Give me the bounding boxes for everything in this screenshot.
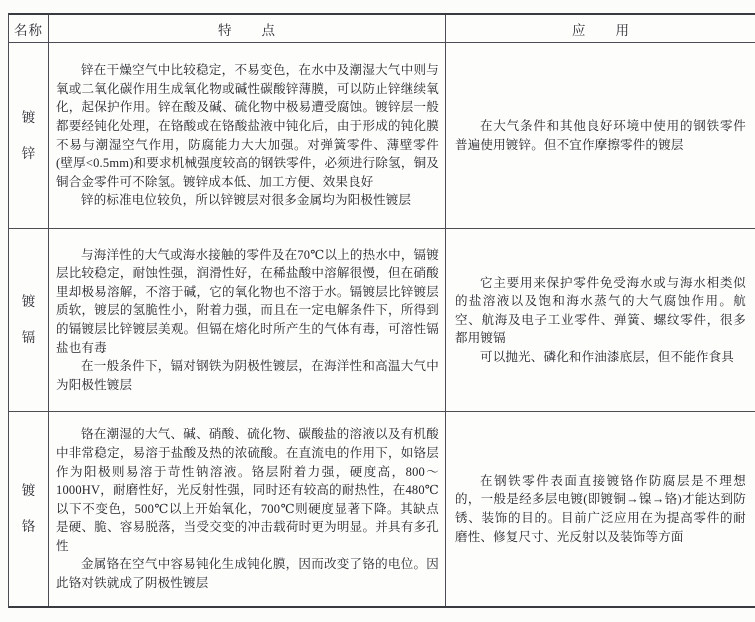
features-paragraph: 金属铬在空气中容易钝化生成钝化膜，因而改变了铬的电位。因此铬对铁就成了阴极性镀层 (56, 555, 439, 592)
application-paragraph: 在大气条件和其他良好环境中使用的钢铁零件普遍使用镀锌。但不宜作摩擦零件的镀层 (455, 117, 746, 154)
features-paragraph: 与海洋性的大气或海水接触的零件及在70℃以上的热水中，镉镀层比较稳定，耐蚀性强，… (56, 246, 439, 358)
plating-name-label: 镀镉 (21, 284, 37, 356)
scanned-document-page: 名称 特 点 应 用 镀锌 锌在干燥空气中比较稳定，不易变色，在水中及潮湿大气中… (0, 0, 755, 622)
application-cell-cadmium: 它主要用来保护零件免受海水或与海水相类似的盐溶液以及饱和海水蒸气的大气腐蚀作用。… (446, 229, 755, 412)
header-name-label: 名称 (14, 19, 43, 39)
features-cell-cadmium: 与海洋性的大气或海水接触的零件及在70℃以上的热水中，镉镀层比较稳定，耐蚀性强，… (49, 229, 446, 412)
name-cell-zinc: 镀锌 (9, 43, 49, 229)
name-cell-cadmium: 镀镉 (9, 229, 49, 412)
name-cell-chromium: 镀铬 (9, 412, 49, 606)
header-application-label: 应 用 (572, 19, 630, 39)
features-cell-chromium: 铬在潮湿的大气、碱、硝酸、硫化物、碳酸盐的溶液以及有机酸中非常稳定，易溶于盐酸及… (49, 412, 446, 606)
application-paragraph: 它主要用来保护零件免受海水或与海水相类似的盐溶液以及饱和海水蒸气的大气腐蚀作用。… (455, 274, 746, 348)
header-application-cell: 应 用 (446, 15, 755, 43)
features-paragraph: 铬在潮湿的大气、碱、硝酸、硫化物、碳酸盐的溶液以及有机酸中非常稳定，易溶于盐酸及… (56, 425, 439, 555)
features-paragraph: 锌的标准电位较负，所以锌镀层对很多金属均为阳极性镀层 (56, 191, 439, 210)
features-paragraph: 锌在干燥空气中比较稳定，不易变色，在水中及潮湿大气中则与氧或二氧化碳作用生成氧化… (56, 61, 439, 191)
application-cell-zinc: 在大气条件和其他良好环境中使用的钢铁零件普遍使用镀锌。但不宜作摩擦零件的镀层 (446, 43, 755, 229)
header-features-label: 特 点 (218, 19, 276, 39)
header-features-cell: 特 点 (49, 15, 446, 43)
plating-name-label: 镀锌 (21, 100, 37, 172)
plating-name-label: 镀铬 (21, 473, 37, 545)
plating-table: 名称 特 点 应 用 镀锌 锌在干燥空气中比较稳定，不易变色，在水中及潮湿大气中… (8, 13, 755, 608)
header-name-cell: 名称 (9, 15, 49, 43)
application-paragraph: 可以抛光、磷化和作油漆底层，但不能作食具 (455, 348, 746, 367)
application-cell-chromium: 在钢铁零件表面直接镀铬作防腐层是不理想的，一般是经多层电镀(即镀铜→镍→铬)才能… (446, 412, 755, 606)
features-paragraph: 在一般条件下，镉对钢铁为阴极性镀层，在海洋性和高温大气中为阳极性镀层 (56, 357, 439, 394)
application-paragraph: 在钢铁零件表面直接镀铬作防腐层是不理想的，一般是经多层电镀(即镀铜→镍→铬)才能… (455, 472, 746, 546)
features-cell-zinc: 锌在干燥空气中比较稳定，不易变色，在水中及潮湿大气中则与氧或二氧化碳作用生成氧化… (49, 43, 446, 229)
